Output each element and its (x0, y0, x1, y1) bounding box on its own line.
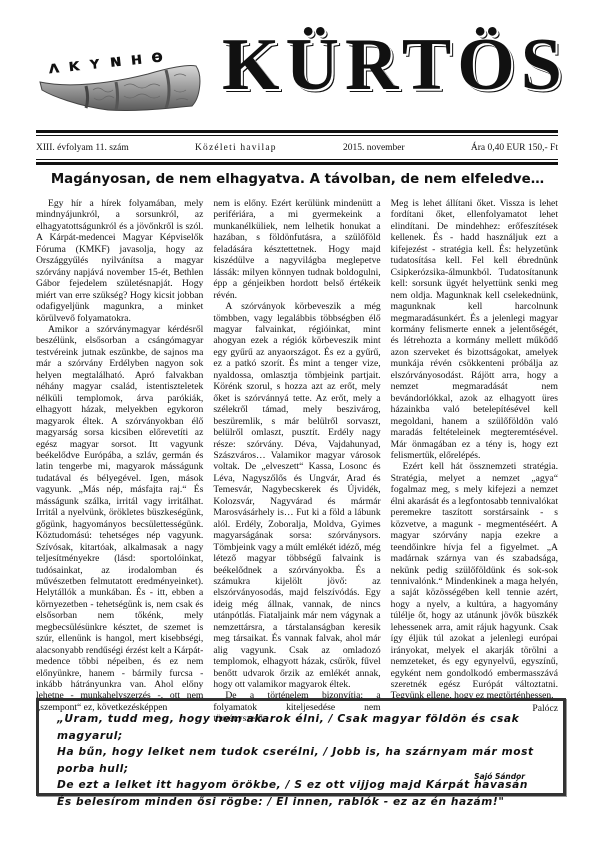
paragraph: Amikor a szórványmagyar kérdésről beszél… (36, 324, 203, 713)
poem-text: „Uram, tudd meg, hogy nem akarok élni, /… (57, 711, 563, 810)
paragraph: Ezért kell hát össznemzeti stratégia. St… (391, 461, 558, 702)
issue-info-bar: XIII. évfolyam 11. szám Közéleti havilap… (36, 140, 558, 156)
paragraph: Meg is lehet állítani őket. Vissza is le… (391, 198, 558, 461)
article-column-1: Egy hír a hírek folyamában, mely mindnyá… (36, 198, 203, 690)
paragraph: Egy hír a hírek folyamában, mely mindnyá… (36, 198, 203, 324)
poem-author: Sajó Sándor (474, 772, 525, 781)
horn-icon (38, 62, 203, 120)
issue-price: Ára 0,40 EUR 150,- Ft (471, 143, 558, 153)
issue-date: 2015. november (343, 143, 405, 153)
masthead: ʌĸʏɴʜɵ KÜRTÖS (0, 0, 595, 130)
article-headline: Magányosan, de nem elhagyatva. A távolba… (0, 172, 595, 187)
newspaper-title: KÜRTÖS (222, 28, 568, 102)
issue-number: XIII. évfolyam 11. szám (36, 143, 129, 153)
paragraph: nem is előny. Ezért kerülünk mindenütt a… (213, 198, 380, 301)
article-column-3: Meg is lehet állítani őket. Vissza is le… (391, 198, 558, 690)
poem-line: „Uram, tudd meg, hogy nem akarok élni, /… (57, 711, 563, 744)
masthead-rule-top (36, 130, 558, 133)
masthead-rule-top-thin (36, 135, 558, 136)
paragraph: A szórványok körbeveszik a még tömbben, … (213, 301, 380, 690)
poem-line: És belesírom minden ősi rögbe: / El inne… (57, 794, 563, 811)
poem-box: „Uram, tudd meg, hogy nem akarok élni, /… (36, 698, 566, 796)
publication-subtitle: Közéleti havilap (195, 143, 277, 153)
article-column-2: nem is előny. Ezért kerülünk mindenütt a… (213, 198, 380, 690)
infobar-rule-thick (36, 162, 558, 165)
article-body: Egy hír a hírek folyamában, mely mindnyá… (36, 198, 558, 690)
infobar-rule-thin (36, 159, 558, 160)
